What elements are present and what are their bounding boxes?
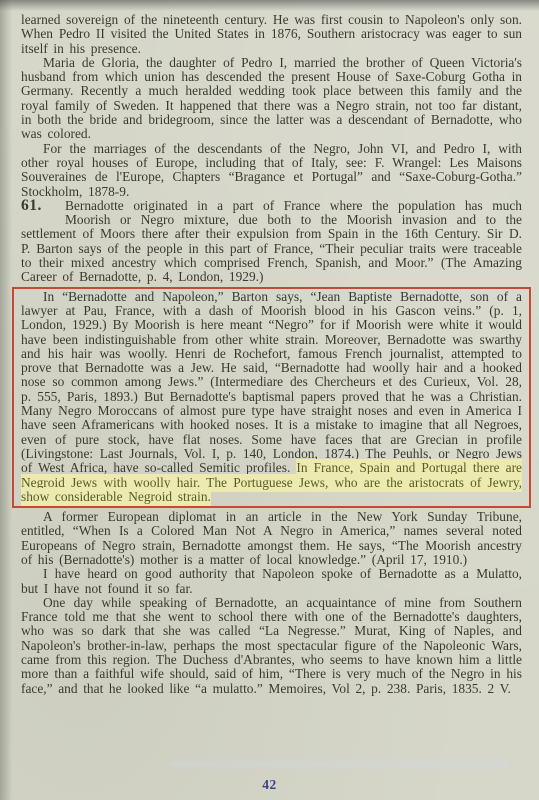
scan-shadow-top	[0, 0, 539, 11]
paragraph-continuation: learned sovereign of the nineteenth cent…	[21, 13, 522, 56]
book-page: learned sovereign of the nineteenth cent…	[0, 0, 539, 800]
boxed-paragraph: In “Bernadotte and Napoleon,” Barton say…	[21, 290, 522, 504]
page-number: 42	[0, 777, 539, 793]
numbered-paragraph-61: 61.Bernadotte originated in a part of Fr…	[21, 199, 522, 285]
paragraph-napoleon-mulatto: I have heard on good authority that Napo…	[21, 567, 522, 596]
scan-smudge	[170, 760, 509, 768]
text-column: learned sovereign of the nineteenth cent…	[21, 13, 522, 696]
annotation-box-red: In “Bernadotte and Napoleon,” Barton say…	[12, 287, 531, 508]
scan-shadow-left	[0, 0, 12, 800]
paragraph-marriages-reference: For the marriages of the descendants of …	[21, 142, 522, 199]
boxed-paragraph-text: In “Bernadotte and Napoleon,” Barton say…	[21, 289, 522, 476]
paragraph-number: 61.	[21, 199, 65, 227]
paragraph-diplomat-tribune: A former European diplomat in an article…	[21, 510, 522, 567]
paragraph-la-negresse-murat: One day while speaking of Bernadotte, an…	[21, 596, 522, 696]
numbered-paragraph-text: Bernadotte originated in a part of Franc…	[21, 198, 522, 284]
paragraph-maria-de-gloria: Maria de Gloria, the daughter of Pedro I…	[21, 56, 522, 142]
